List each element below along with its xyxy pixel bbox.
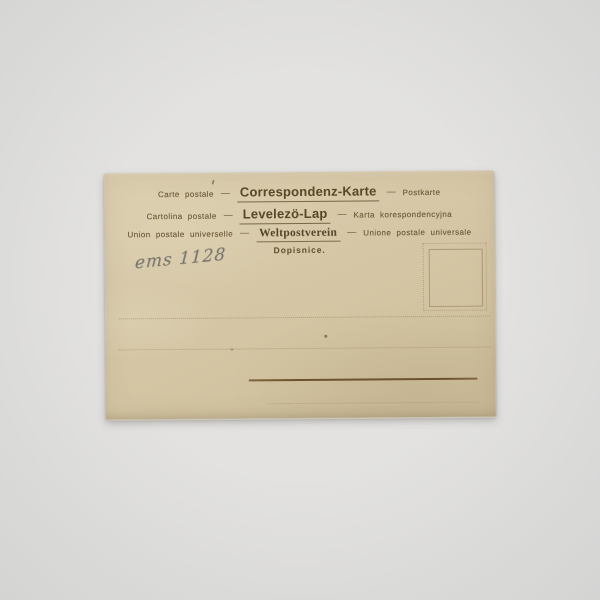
- header-row-1: Carte postale — Correspondenz-Karte — Po…: [104, 182, 494, 203]
- paper-speck: [230, 349, 233, 351]
- stamp-box-inner: [429, 249, 483, 307]
- dash-separator: —: [240, 227, 249, 237]
- header-row-2: Cartolina postale — Levelezö-Lap — Karta…: [104, 204, 494, 225]
- dash-separator: —: [224, 210, 233, 220]
- photo-backdrop: Carte postale — Correspondenz-Karte — Po…: [0, 0, 600, 600]
- paper-speck: [324, 335, 327, 338]
- label-karta-korespondencyjna: Karta korespondencyjna: [353, 210, 452, 220]
- dash-separator: —: [337, 209, 346, 219]
- label-postkarte: Postkarte: [403, 188, 441, 197]
- postcard: Carte postale — Correspondenz-Karte — Po…: [104, 170, 496, 419]
- label-correspondenz-karte: Correspondenz-Karte: [237, 183, 380, 202]
- label-unione-postale-universale: Unione postale universale: [363, 228, 471, 238]
- dash-separator: —: [347, 227, 356, 237]
- address-line-3: [249, 378, 478, 382]
- label-cartolina-postale: Cartolina postale: [147, 212, 217, 222]
- label-union-postale-universelle: Union postale universelle: [127, 230, 233, 240]
- dash-separator: —: [221, 188, 230, 198]
- address-line-1: [119, 316, 490, 320]
- address-line-2: [118, 347, 490, 351]
- label-levelezo-lap: Levelezö-Lap: [240, 206, 331, 224]
- dash-separator: —: [387, 186, 396, 196]
- label-dopisnice: Dopisnice.: [274, 245, 326, 255]
- label-weltpostverein: Weltpostverein: [256, 227, 340, 242]
- header-row-3: Union postale universelle — Weltpostvere…: [104, 225, 494, 243]
- label-carte-postale: Carte postale: [158, 190, 214, 199]
- address-line-4: [268, 402, 479, 405]
